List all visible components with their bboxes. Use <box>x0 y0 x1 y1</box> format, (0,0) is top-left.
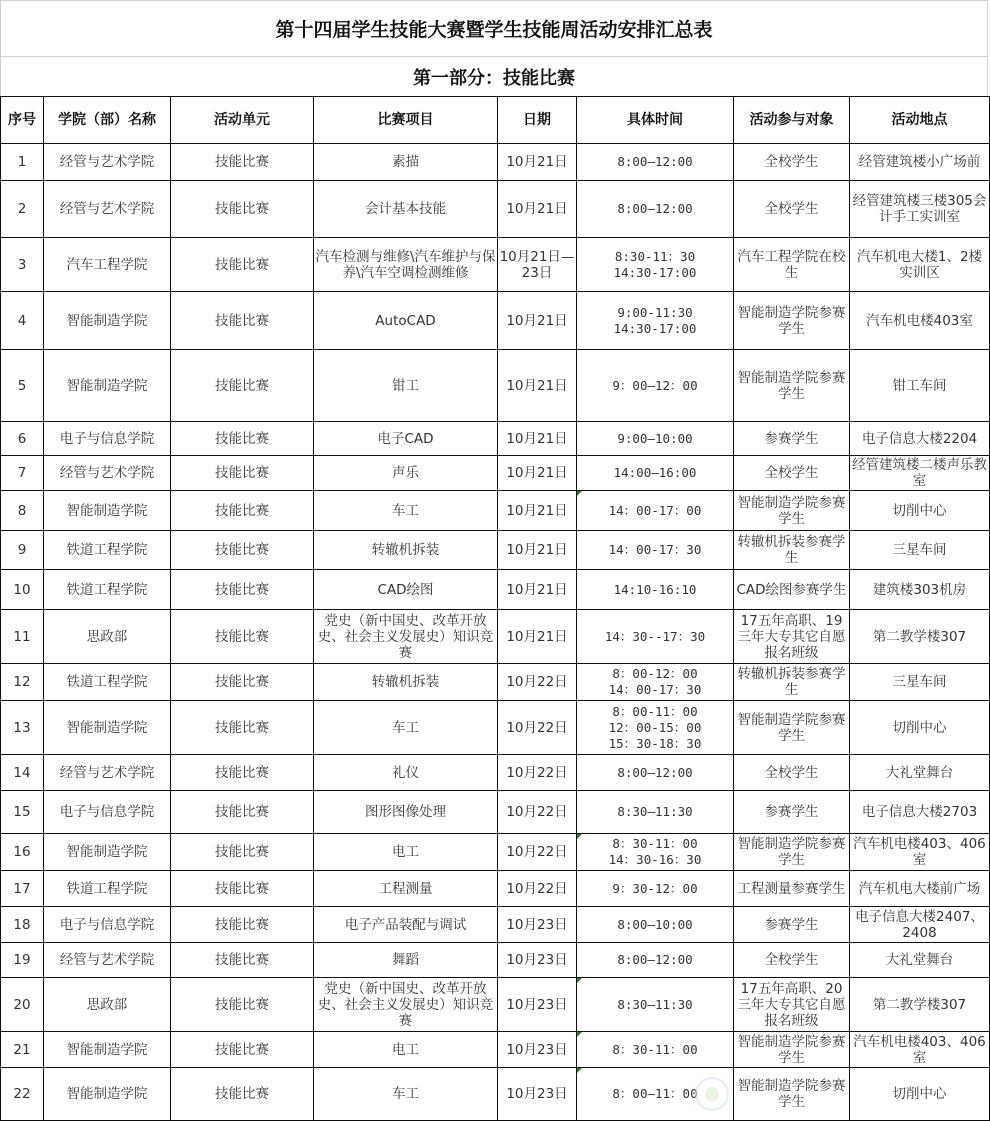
cell-date[interactable]: 10月23日 <box>498 1068 577 1121</box>
cell-item[interactable]: 转辙机拆装 <box>314 664 498 701</box>
cell-participants[interactable]: 智能制造学院参赛学生 <box>734 1032 850 1068</box>
cell-college[interactable]: 汽车工程学院 <box>44 238 171 292</box>
cell-participants[interactable]: 智能制造学院参赛学生 <box>734 834 850 871</box>
cell-no[interactable]: 10 <box>1 570 44 610</box>
cell-participants[interactable]: 智能制造学院参赛学生 <box>734 491 850 531</box>
cell-location[interactable]: 汽车机电楼403、406室 <box>850 1032 990 1068</box>
table-row: 12铁道工程学院技能比赛转辙机拆装10月22日8：00-12：00 14：00-… <box>1 664 990 701</box>
cell-item[interactable]: 转辙机拆装 <box>314 531 498 570</box>
cell-college[interactable]: 经管与艺术学院 <box>44 755 171 791</box>
cell-time[interactable]: 9：00—12：00 <box>577 350 734 422</box>
table-row: 1经管与艺术学院技能比赛素描10月21日8:00—12:00全校学生经管建筑楼小… <box>1 144 990 181</box>
table-row: 17铁道工程学院技能比赛工程测量10月22日9：30-12：00工程测量参赛学生… <box>1 871 990 907</box>
cell-location[interactable]: 建筑楼303机房 <box>850 570 990 610</box>
cell-time[interactable]: 14：30--17：30 <box>577 610 734 664</box>
cell-college[interactable]: 电子与信息学院 <box>44 791 171 834</box>
table-row: 4智能制造学院技能比赛AutoCAD10月21日9:00-11:30 14:30… <box>1 292 990 350</box>
cell-time[interactable]: 9:00-11:30 14:30-17:00 <box>577 292 734 350</box>
cell-no[interactable]: 12 <box>1 664 44 701</box>
cell-college[interactable]: 电子与信息学院 <box>44 422 171 456</box>
cell-item[interactable]: CAD绘图 <box>314 570 498 610</box>
cell-location[interactable]: 电子信息大楼2703 <box>850 791 990 834</box>
cell-time[interactable]: 8：30-11：00 <box>577 1032 734 1068</box>
table-row: 10铁道工程学院技能比赛CAD绘图10月21日14:10-16:10CAD绘图参… <box>1 570 990 610</box>
cell-date[interactable]: 10月22日 <box>498 871 577 907</box>
cell-unit[interactable]: 技能比赛 <box>171 238 314 292</box>
cell-no[interactable]: 3 <box>1 238 44 292</box>
cell-location[interactable]: 经管建筑楼小广场前 <box>850 144 990 181</box>
cell-date[interactable]: 10月21日 <box>498 610 577 664</box>
cell-college[interactable]: 智能制造学院 <box>44 1068 171 1121</box>
cell-date[interactable]: 10月21日 <box>498 456 577 491</box>
cell-time[interactable]: 8:00—12:00 <box>577 755 734 791</box>
cell-college[interactable]: 智能制造学院 <box>44 491 171 531</box>
cell-location[interactable]: 大礼堂舞台 <box>850 755 990 791</box>
cell-date[interactable]: 10月22日 <box>498 664 577 701</box>
cell-item[interactable]: 车工 <box>314 1068 498 1121</box>
cell-college[interactable]: 经管与艺术学院 <box>44 144 171 181</box>
cell-location[interactable]: 第二教学楼307 <box>850 610 990 664</box>
cell-item[interactable]: 素描 <box>314 144 498 181</box>
cell-time[interactable]: 14:00—16:00 <box>577 456 734 491</box>
cell-location[interactable]: 切削中心 <box>850 491 990 531</box>
cell-unit[interactable]: 技能比赛 <box>171 943 314 978</box>
cell-participants[interactable]: 智能制造学院参赛学生 <box>734 292 850 350</box>
cell-date[interactable]: 10月21日 <box>498 292 577 350</box>
cell-date[interactable]: 10月21日 <box>498 422 577 456</box>
table-row: 15电子与信息学院技能比赛图形图像处理10月22日8:30—11:30参赛学生电… <box>1 791 990 834</box>
cell-date[interactable]: 10月23日 <box>498 907 577 943</box>
cell-unit[interactable]: 技能比赛 <box>171 701 314 755</box>
cell-date[interactable]: 10月22日 <box>498 791 577 834</box>
cell-unit[interactable]: 技能比赛 <box>171 422 314 456</box>
cell-location[interactable]: 汽车机电楼403、406室 <box>850 834 990 871</box>
col-header-time: 具体时间 <box>577 97 734 144</box>
cell-college[interactable]: 铁道工程学院 <box>44 664 171 701</box>
cell-unit[interactable]: 技能比赛 <box>171 791 314 834</box>
cell-time[interactable]: 8:00—12:00 <box>577 943 734 978</box>
cell-participants[interactable]: 17五年高职、19三年大专其它自愿报名班级 <box>734 610 850 664</box>
cell-location[interactable]: 钳工车间 <box>850 350 990 422</box>
cell-unit[interactable]: 技能比赛 <box>171 834 314 871</box>
col-header-date: 日期 <box>498 97 577 144</box>
cell-unit[interactable]: 技能比赛 <box>171 978 314 1032</box>
cell-item[interactable]: 舞蹈 <box>314 943 498 978</box>
cell-no[interactable]: 9 <box>1 531 44 570</box>
cell-date[interactable]: 10月23日 <box>498 1032 577 1068</box>
table-row: 3汽车工程学院技能比赛汽车检测与维修\汽车维护与保养\汽车空调检测维修10月21… <box>1 238 990 292</box>
table-row: 22智能制造学院技能比赛车工10月23日8：00—11：00智能制造学院参赛学生… <box>1 1068 990 1121</box>
cell-participants[interactable]: 全校学生 <box>734 181 850 238</box>
cell-item[interactable]: 会计基本技能 <box>314 181 498 238</box>
cell-no[interactable]: 5 <box>1 350 44 422</box>
cell-college[interactable]: 智能制造学院 <box>44 350 171 422</box>
cell-unit[interactable]: 技能比赛 <box>171 292 314 350</box>
table-row: 18电子与信息学院技能比赛电子产品装配与调试10月23日8:00—10:00参赛… <box>1 907 990 943</box>
table-row: 19经管与艺术学院技能比赛舞蹈10月23日8:00—12:00全校学生大礼堂舞台 <box>1 943 990 978</box>
cell-date[interactable]: 10月23日 <box>498 978 577 1032</box>
cell-location[interactable]: 三星车间 <box>850 664 990 701</box>
cell-time[interactable]: 8：30-11：00 14：30-16：30 <box>577 834 734 871</box>
cell-participants[interactable]: 17五年高职、20三年大专其它自愿报名班级 <box>734 978 850 1032</box>
cell-unit[interactable]: 技能比赛 <box>171 350 314 422</box>
cell-no[interactable]: 6 <box>1 422 44 456</box>
cell-time[interactable]: 14：00-17：30 <box>577 531 734 570</box>
cell-location[interactable]: 汽车机电楼403室 <box>850 292 990 350</box>
cell-location[interactable]: 电子信息大楼2204 <box>850 422 990 456</box>
cell-unit[interactable]: 技能比赛 <box>171 610 314 664</box>
cell-time[interactable]: 8:30—11:30 <box>577 791 734 834</box>
cell-date[interactable]: 10月22日 <box>498 755 577 791</box>
table-row: 9铁道工程学院技能比赛转辙机拆装10月21日14：00-17：30转辙机拆装参赛… <box>1 531 990 570</box>
cell-college[interactable]: 智能制造学院 <box>44 701 171 755</box>
cell-college[interactable]: 铁道工程学院 <box>44 871 171 907</box>
cell-college[interactable]: 电子与信息学院 <box>44 907 171 943</box>
cell-date[interactable]: 10月21日 <box>498 144 577 181</box>
cell-time[interactable]: 8:00—10:00 <box>577 907 734 943</box>
cell-participants[interactable]: 智能制造学院参赛学生 <box>734 350 850 422</box>
cell-college[interactable]: 铁道工程学院 <box>44 570 171 610</box>
cell-college[interactable]: 经管与艺术学院 <box>44 943 171 978</box>
cell-no[interactable]: 4 <box>1 292 44 350</box>
cell-date[interactable]: 10月23日 <box>498 943 577 978</box>
cell-date[interactable]: 10月22日 <box>498 701 577 755</box>
cell-location[interactable]: 切削中心 <box>850 701 990 755</box>
cell-date[interactable]: 10月21日 <box>498 531 577 570</box>
cell-item[interactable]: AutoCAD <box>314 292 498 350</box>
cell-no[interactable]: 7 <box>1 456 44 491</box>
cell-time[interactable]: 14：00-17：00 <box>577 491 734 531</box>
cell-unit[interactable]: 技能比赛 <box>171 907 314 943</box>
cell-unit[interactable]: 技能比赛 <box>171 871 314 907</box>
col-header-no: 序号 <box>1 97 44 144</box>
cell-time[interactable]: 8：00-11：00 12：00-15：00 15：30-18：30 <box>577 701 734 755</box>
cell-college[interactable]: 智能制造学院 <box>44 834 171 871</box>
spreadsheet: 第十四届学生技能大赛暨学生技能周活动安排汇总表 第一部分：技能比赛 序号 学院（… <box>0 0 990 1122</box>
cell-unit[interactable]: 技能比赛 <box>171 570 314 610</box>
cell-participants[interactable]: 转辙机拆装参赛学生 <box>734 531 850 570</box>
cell-participants[interactable]: 智能制造学院参赛学生 <box>734 1068 850 1121</box>
table-row: 11思政部技能比赛党史（新中国史、改革开放史、社会主义发展史）知识竞赛10月21… <box>1 610 990 664</box>
cell-no[interactable]: 17 <box>1 871 44 907</box>
cell-unit[interactable]: 技能比赛 <box>171 491 314 531</box>
cell-no[interactable]: 22 <box>1 1068 44 1121</box>
cell-date[interactable]: 10月21日 <box>498 350 577 422</box>
cell-item[interactable]: 车工 <box>314 491 498 531</box>
cell-participants[interactable]: 参赛学生 <box>734 791 850 834</box>
cell-participants[interactable]: 全校学生 <box>734 144 850 181</box>
cell-item[interactable]: 图形图像处理 <box>314 791 498 834</box>
cell-item[interactable]: 电子产品装配与调试 <box>314 907 498 943</box>
cell-college[interactable]: 经管与艺术学院 <box>44 181 171 238</box>
cell-location[interactable]: 经管建筑楼二楼声乐教室 <box>850 456 990 491</box>
table-row: 13智能制造学院技能比赛车工10月22日8：00-11：00 12：00-15：… <box>1 701 990 755</box>
cell-item[interactable]: 汽车检测与维修\汽车维护与保养\汽车空调检测维修 <box>314 238 498 292</box>
cell-location[interactable]: 经管建筑楼三楼305会计手工实训室 <box>850 181 990 238</box>
cell-unit[interactable]: 技能比赛 <box>171 531 314 570</box>
cell-unit[interactable]: 技能比赛 <box>171 664 314 701</box>
cell-participants[interactable]: 全校学生 <box>734 456 850 491</box>
cell-participants[interactable]: 工程测量参赛学生 <box>734 871 850 907</box>
col-header-item: 比赛项目 <box>314 97 498 144</box>
cell-college[interactable]: 经管与艺术学院 <box>44 456 171 491</box>
cell-location[interactable]: 三星车间 <box>850 531 990 570</box>
cell-item[interactable]: 电工 <box>314 834 498 871</box>
cell-no[interactable]: 19 <box>1 943 44 978</box>
cell-participants[interactable]: 全校学生 <box>734 755 850 791</box>
watermark-logo-icon <box>695 1077 729 1111</box>
cell-college[interactable]: 智能制造学院 <box>44 292 171 350</box>
cell-unit[interactable]: 技能比赛 <box>171 144 314 181</box>
cell-date[interactable]: 10月21日—23日 <box>498 238 577 292</box>
cell-no[interactable]: 16 <box>1 834 44 871</box>
header-row: 序号 学院（部）名称 活动单元 比赛项目 日期 具体时间 活动参与对象 活动地点 <box>1 97 990 144</box>
table-row: 16智能制造学院技能比赛电工10月22日8：30-11：00 14：30-16：… <box>1 834 990 871</box>
cell-participants[interactable]: CAD绘图参赛学生 <box>734 570 850 610</box>
table-row: 14经管与艺术学院技能比赛礼仪10月22日8:00—12:00全校学生大礼堂舞台 <box>1 755 990 791</box>
section-title: 第一部分：技能比赛 <box>0 56 988 96</box>
cell-location[interactable]: 汽车机电大楼前广场 <box>850 871 990 907</box>
cell-participants[interactable]: 汽车工程学院在校生 <box>734 238 850 292</box>
cell-no[interactable]: 21 <box>1 1032 44 1068</box>
cell-participants[interactable]: 参赛学生 <box>734 422 850 456</box>
cell-time[interactable]: 14:10-16:10 <box>577 570 734 610</box>
cell-no[interactable]: 15 <box>1 791 44 834</box>
cell-item[interactable]: 声乐 <box>314 456 498 491</box>
cell-unit[interactable]: 技能比赛 <box>171 1032 314 1068</box>
cell-date[interactable]: 10月21日 <box>498 570 577 610</box>
cell-no[interactable]: 20 <box>1 978 44 1032</box>
table-row: 20思政部技能比赛党史（新中国史、改革开放史、社会主义发展史）知识竞赛10月23… <box>1 978 990 1032</box>
col-header-college: 学院（部）名称 <box>44 97 171 144</box>
cell-participants[interactable]: 智能制造学院参赛学生 <box>734 701 850 755</box>
cell-item[interactable]: 车工 <box>314 701 498 755</box>
cell-date[interactable]: 10月21日 <box>498 491 577 531</box>
table-row: 5智能制造学院技能比赛钳工10月21日9：00—12：00智能制造学院参赛学生钳… <box>1 350 990 422</box>
cell-time[interactable]: 8:30—11:30 <box>577 978 734 1032</box>
table-row: 2经管与艺术学院技能比赛会计基本技能10月21日8:00—12:00全校学生经管… <box>1 181 990 238</box>
cell-location[interactable]: 第二教学楼307 <box>850 978 990 1032</box>
page-title: 第十四届学生技能大赛暨学生技能周活动安排汇总表 <box>0 0 988 56</box>
cell-unit[interactable]: 技能比赛 <box>171 181 314 238</box>
cell-location[interactable]: 切削中心 <box>850 1068 990 1121</box>
cell-location[interactable]: 电子信息大楼2407、2408 <box>850 907 990 943</box>
cell-item[interactable]: 党史（新中国史、改革开放史、社会主义发展史）知识竞赛 <box>314 978 498 1032</box>
cell-item[interactable]: 工程测量 <box>314 871 498 907</box>
table-row: 8智能制造学院技能比赛车工10月21日14：00-17：00智能制造学院参赛学生… <box>1 491 990 531</box>
col-header-unit: 活动单元 <box>171 97 314 144</box>
cell-no[interactable]: 11 <box>1 610 44 664</box>
cell-location[interactable]: 大礼堂舞台 <box>850 943 990 978</box>
cell-item[interactable]: 党史（新中国史、改革开放史、社会主义发展史）知识竞赛 <box>314 610 498 664</box>
cell-unit[interactable]: 技能比赛 <box>171 755 314 791</box>
cell-college[interactable]: 铁道工程学院 <box>44 531 171 570</box>
cell-no[interactable]: 8 <box>1 491 44 531</box>
cell-time[interactable]: 8:00—12:00 <box>577 144 734 181</box>
cell-no[interactable]: 13 <box>1 701 44 755</box>
cell-college[interactable]: 思政部 <box>44 978 171 1032</box>
cell-location[interactable]: 汽车机电大楼1、2楼实训区 <box>850 238 990 292</box>
table-row: 6电子与信息学院技能比赛电子CAD10月21日9:00—10:00参赛学生电子信… <box>1 422 990 456</box>
cell-participants[interactable]: 全校学生 <box>734 943 850 978</box>
cell-date[interactable]: 10月21日 <box>498 181 577 238</box>
cell-participants[interactable]: 转辙机拆装参赛学生 <box>734 664 850 701</box>
cell-date[interactable]: 10月22日 <box>498 834 577 871</box>
cell-unit[interactable]: 技能比赛 <box>171 456 314 491</box>
cell-participants[interactable]: 参赛学生 <box>734 907 850 943</box>
table-row: 21智能制造学院技能比赛电工10月23日8：30-11：00智能制造学院参赛学生… <box>1 1032 990 1068</box>
cell-no[interactable]: 18 <box>1 907 44 943</box>
schedule-table: 序号 学院（部）名称 活动单元 比赛项目 日期 具体时间 活动参与对象 活动地点… <box>0 96 990 1121</box>
cell-time[interactable]: 8:30-11：30 14:30-17:00 <box>577 238 734 292</box>
cell-college[interactable]: 思政部 <box>44 610 171 664</box>
cell-time[interactable]: 9：30-12：00 <box>577 871 734 907</box>
cell-time[interactable]: 8:00—12:00 <box>577 181 734 238</box>
cell-time[interactable]: 9:00—10:00 <box>577 422 734 456</box>
col-header-participants: 活动参与对象 <box>734 97 850 144</box>
cell-no[interactable]: 2 <box>1 181 44 238</box>
cell-item[interactable]: 电子CAD <box>314 422 498 456</box>
cell-no[interactable]: 14 <box>1 755 44 791</box>
table-row: 7经管与艺术学院技能比赛声乐10月21日14:00—16:00全校学生经管建筑楼… <box>1 456 990 491</box>
cell-item[interactable]: 钳工 <box>314 350 498 422</box>
col-header-location: 活动地点 <box>850 97 990 144</box>
cell-time[interactable]: 8：00-12：00 14：00-17：30 <box>577 664 734 701</box>
cell-unit[interactable]: 技能比赛 <box>171 1068 314 1121</box>
cell-item[interactable]: 电工 <box>314 1032 498 1068</box>
cell-college[interactable]: 智能制造学院 <box>44 1032 171 1068</box>
cell-no[interactable]: 1 <box>1 144 44 181</box>
cell-item[interactable]: 礼仪 <box>314 755 498 791</box>
